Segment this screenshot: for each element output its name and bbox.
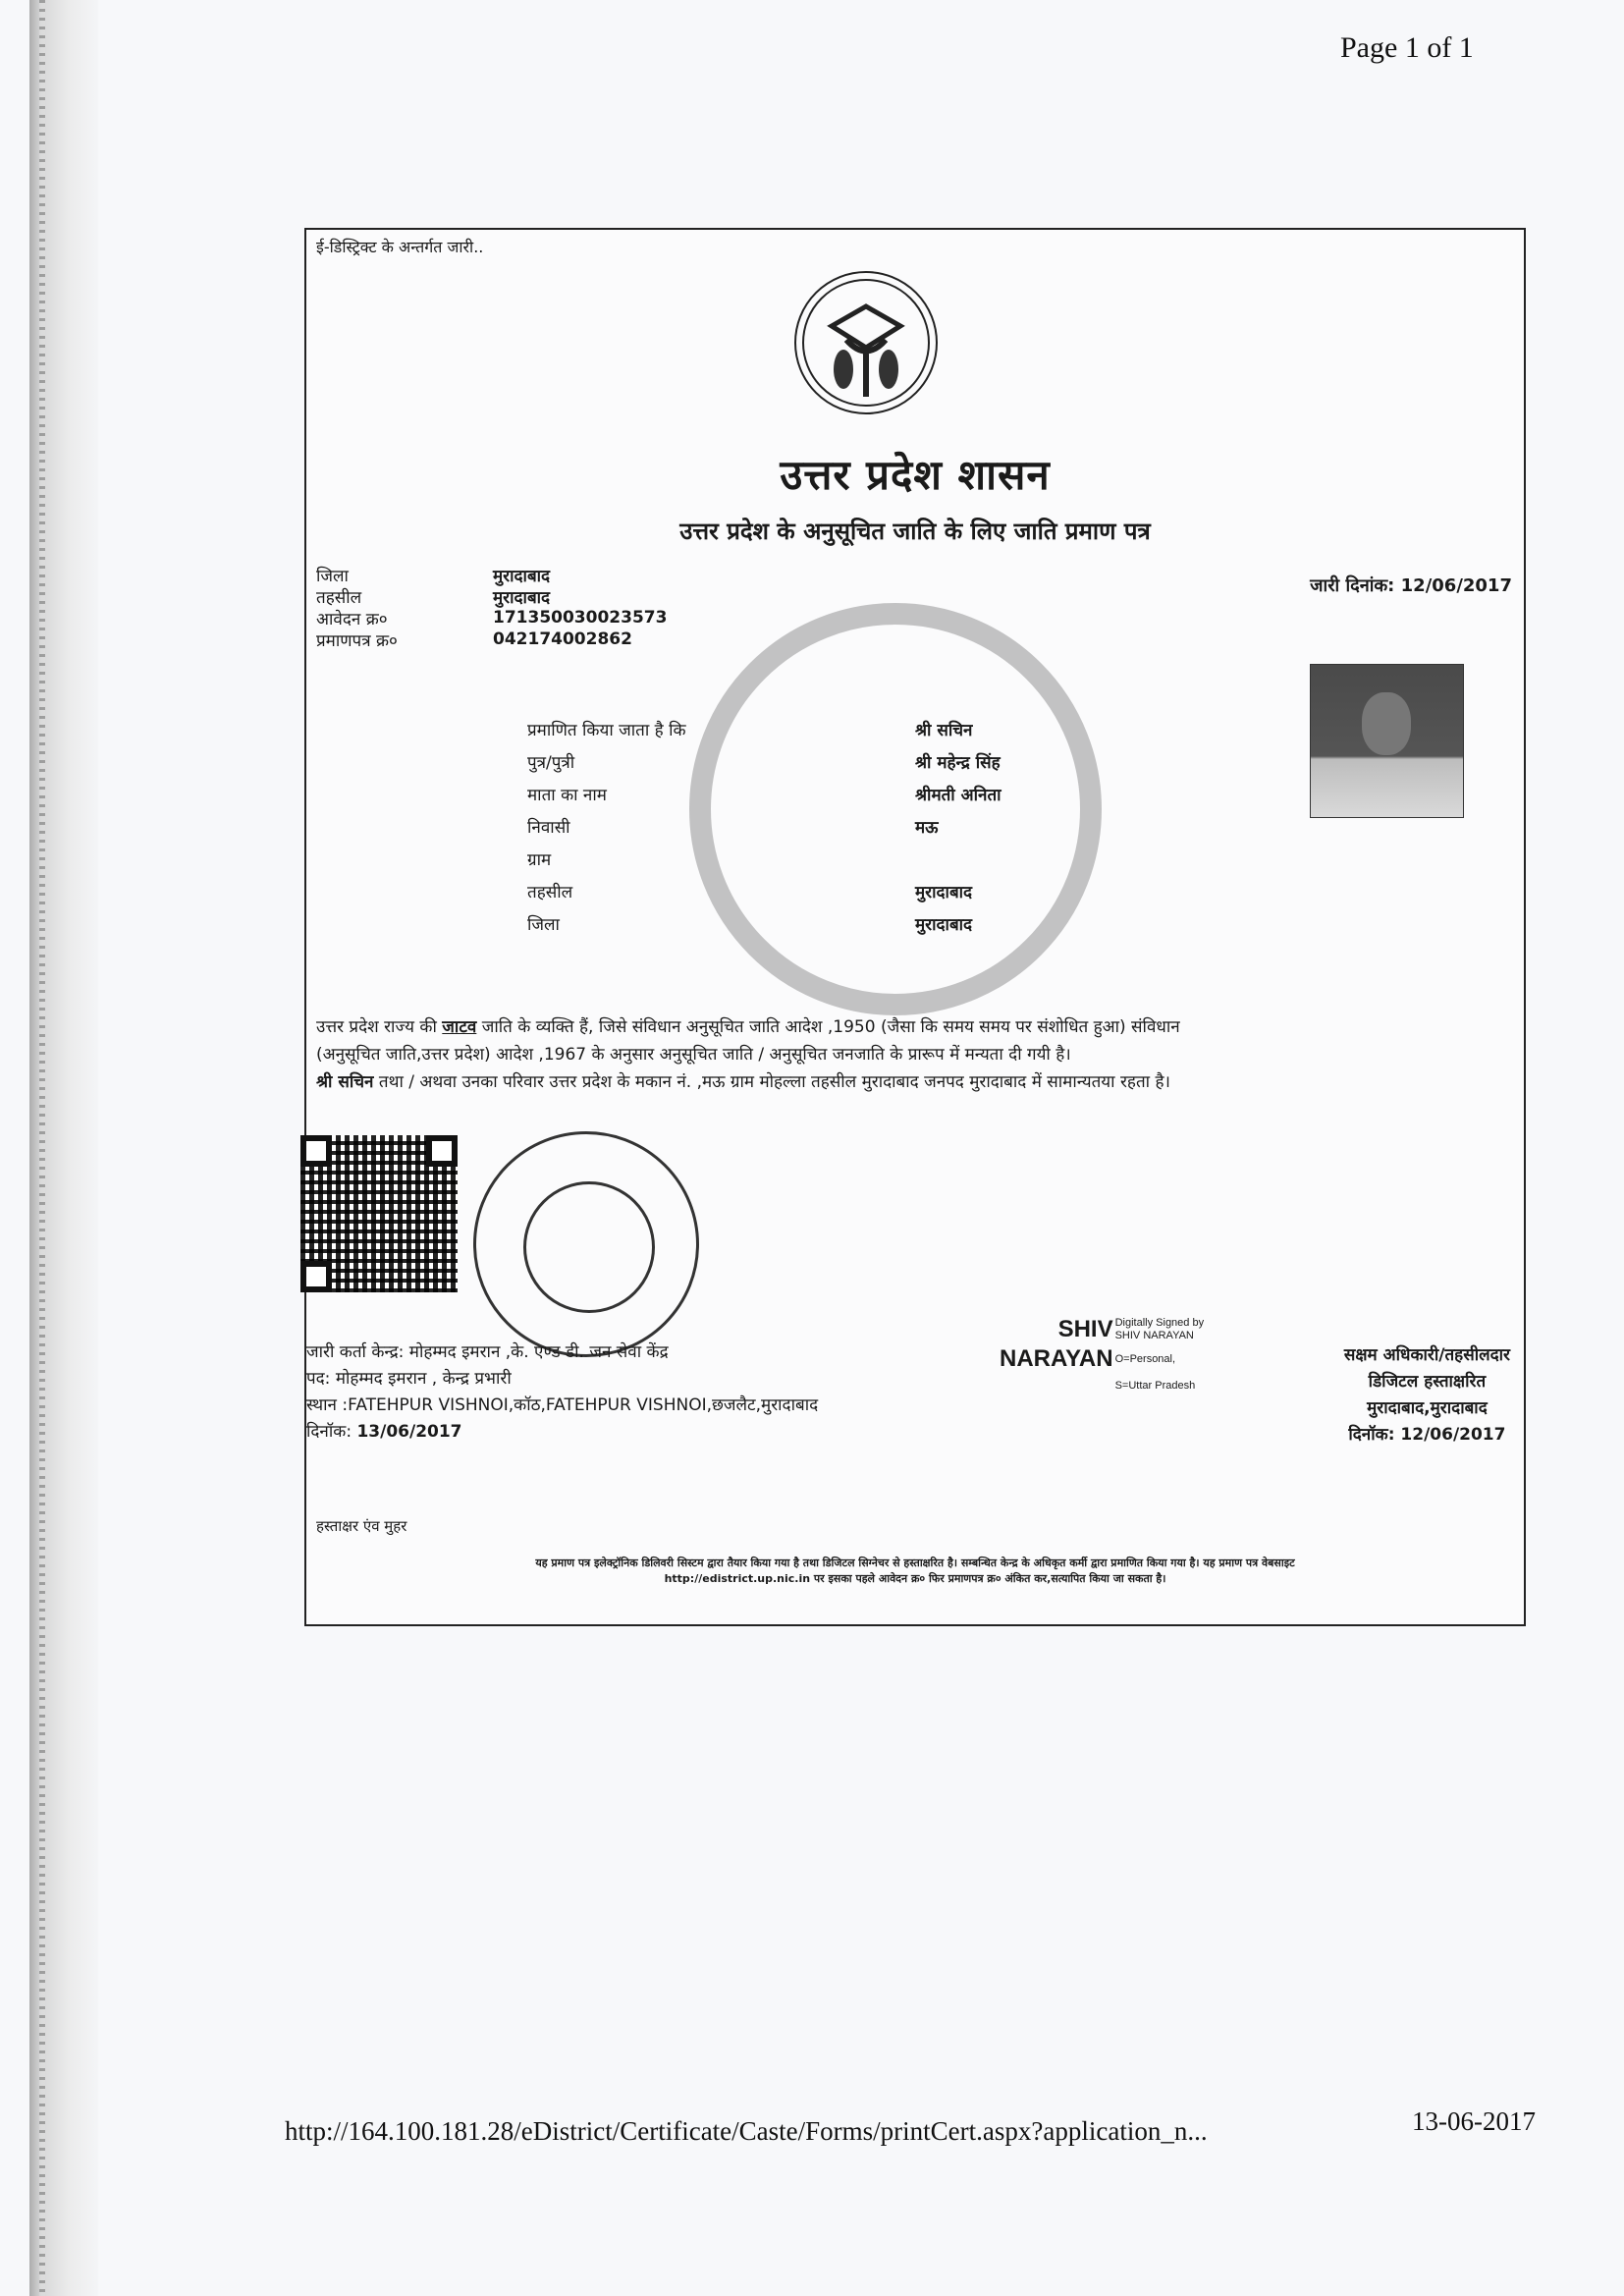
digital-signature: SHIV Digitally Signed bySHIV NARAYAN NAR…: [999, 1315, 1205, 1394]
signature-and-seal-label: हस्ताक्षर एंव मुहर: [316, 1516, 406, 1536]
issuer-post: पद: मोहम्मद इमरान , केन्द्र प्रभारी: [306, 1366, 818, 1393]
issuer-place: स्थान :FATEHPUR VISHNOI,कॉठ,FATEHPUR VIS…: [306, 1393, 818, 1419]
detail-row-village: ग्राम: [527, 843, 1001, 875]
competent-authority: सक्षम अधिकारी/तहसीलदार डिजिटल हस्ताक्षरि…: [1344, 1342, 1510, 1449]
applicant-details: प्रमाणित किया जाता है किश्री सचिन पुत्र/…: [527, 713, 1001, 940]
digital-signature-block: SHIV Digitally Signed bySHIV NARAYAN NAR…: [999, 1315, 1205, 1394]
qr-finder-bottom-left: [300, 1261, 332, 1292]
detail-row-name: प्रमाणित किया जाता है किश्री सचिन: [527, 713, 1001, 745]
issuer-date: दिनॉक: 13/06/2017: [306, 1419, 818, 1446]
detail-row-district: जिलामुरादाबाद: [527, 907, 1001, 940]
applicant-photo: [1310, 664, 1464, 818]
page-indicator: Page 1 of 1: [1340, 31, 1474, 65]
certificate-subtitle: उत्तर प्रदेश के अनुसूचित जाति के लिए जात…: [306, 515, 1524, 547]
issued-under-label: ई-डिस्ट्रिक्ट के अन्तर्गत जारी..: [316, 236, 483, 257]
issuing-center-info: जारी कर्ता केन्द्र: मोहम्मद इमरान ,के. ए…: [306, 1339, 818, 1446]
scan-edge-artifact: [39, 0, 45, 2296]
detail-row-mother: माता का नामश्रीमती अनिता: [527, 778, 1001, 810]
certificate-title: उत्तर प्रदेश शासन: [306, 446, 1524, 502]
caste-certificate: ई-डिस्ट्रिक्ट के अन्तर्गत जारी.. उत्तर प…: [304, 228, 1526, 1626]
certificate-meta: जिला मुरादाबाद तहसील मुरादाबाद आवेदन क्र…: [316, 564, 667, 650]
detail-row-tehsil: तहसीलमुरादाबाद: [527, 875, 1001, 907]
caste-name: जाटव: [442, 1017, 476, 1037]
detail-row-resident: निवासीमऊ: [527, 810, 1001, 843]
body-line-3: श्री सचिन तथा / अथवा उनका परिवार उत्तर प…: [316, 1068, 1514, 1096]
qr-code: [300, 1135, 458, 1292]
meta-row-certificate-no: प्रमाणपत्र क्र० 042174002862: [316, 629, 667, 650]
jan-seva-kendra-stamp-emblem: [523, 1181, 655, 1313]
jan-seva-kendra-stamp: [473, 1131, 699, 1357]
qr-finder-top-right: [426, 1135, 458, 1167]
qr-finder-top-left: [300, 1135, 332, 1167]
issue-date: जारी दिनांक: 12/06/2017: [1310, 574, 1512, 597]
authority-signed: डिजिटल हस्ताक्षरित: [1344, 1369, 1510, 1395]
body-line-2: (अनुसूचित जाति,उत्तर प्रदेश) आदेश ,1967 …: [316, 1041, 1514, 1068]
applicant-face: [1362, 692, 1411, 755]
detail-row-father: पुत्र/पुत्रीश्री महेन्द्र सिंह: [527, 745, 1001, 778]
authority-location: मुरादाबाद,मुरादाबाद: [1344, 1395, 1510, 1422]
body-line-1: उत्तर प्रदेश राज्य की जाटव जाति के व्यक्…: [316, 1013, 1514, 1041]
verification-note: यह प्रमाण पत्र इलेक्ट्रॉनिक डिलिवरी सिस्…: [306, 1556, 1524, 1587]
print-date: 13-06-2017: [1412, 2106, 1536, 2137]
meta-row-application-no: आवेदन क्र० 171350030023573: [316, 607, 667, 629]
issuing-center: जारी कर्ता केन्द्र: मोहम्मद इमरान ,के. ए…: [306, 1339, 818, 1366]
uttar-pradesh-emblem-icon: [792, 269, 940, 416]
authority-designation: सक्षम अधिकारी/तहसीलदार: [1344, 1342, 1510, 1369]
certificate-body: उत्तर प्रदेश राज्य की जाटव जाति के व्यक्…: [316, 1013, 1514, 1096]
meta-row-district: जिला मुरादाबाद: [316, 564, 667, 585]
print-url: http://164.100.181.28/eDistrict/Certific…: [285, 2116, 1208, 2147]
meta-row-tehsil: तहसील मुरादाबाद: [316, 585, 667, 607]
authority-date: दिनॉक: 12/06/2017: [1344, 1422, 1510, 1449]
